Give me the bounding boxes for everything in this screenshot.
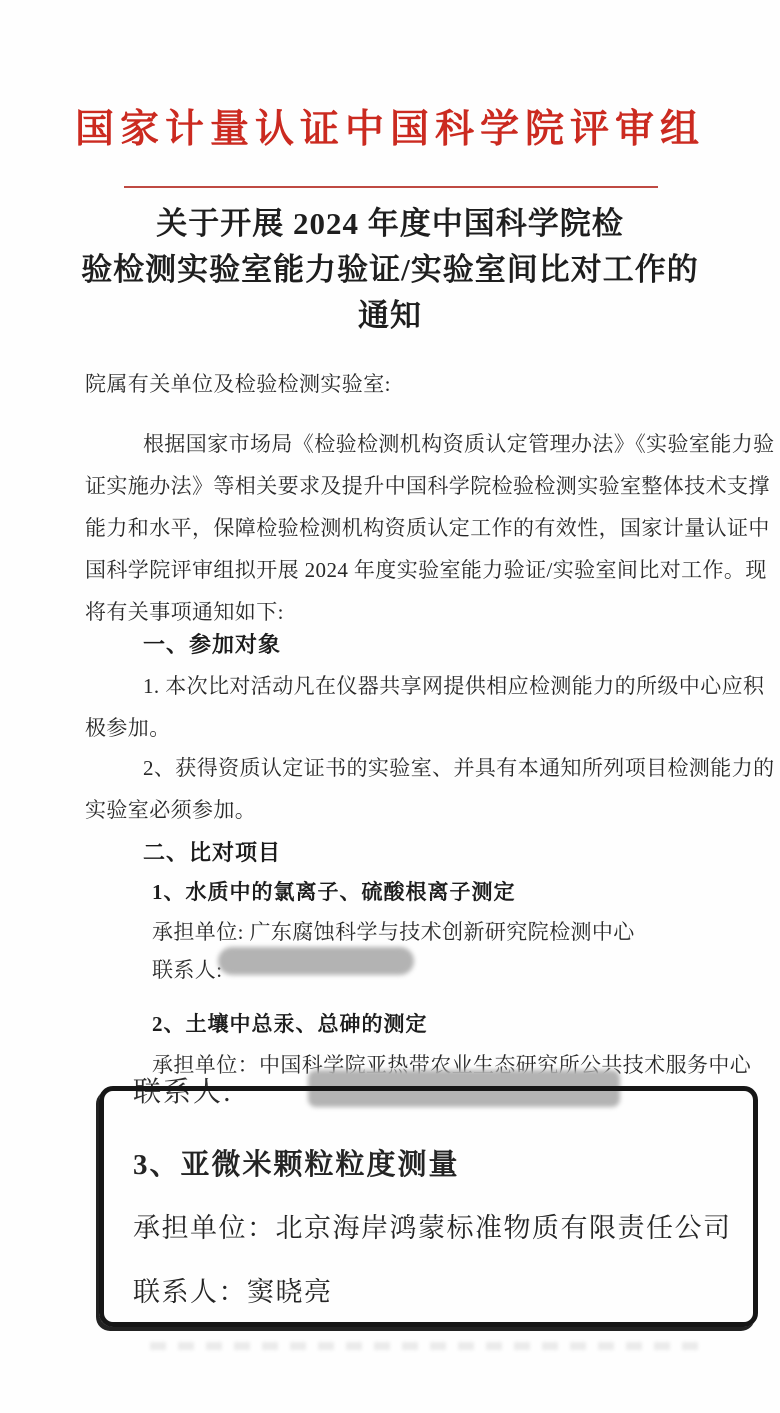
- scan-bleedthrough-artifact: [150, 1342, 710, 1350]
- section-2-heading: 二、比对项目: [143, 836, 281, 867]
- section-1-item-2-line: 实验室必须参加。: [85, 794, 256, 824]
- section-1-heading: 一、参加对象: [143, 628, 281, 659]
- intro-paragraph-line: 国科学院评审组拟开展 2024 年度实验室能力验证/实验室间比对工作。现: [85, 554, 767, 584]
- project-1-redacted-contact-name: [218, 947, 414, 975]
- salutation: 院属有关单位及检验检测实验室:: [85, 368, 391, 398]
- section-1-item-1-line: 极参加。: [85, 712, 171, 742]
- intro-paragraph-line: 根据国家市场局《检验检测机构资质认定管理办法》《实验室能力验: [143, 428, 775, 458]
- project-1-undertaker: 承担单位: 广东腐蚀科学与技术创新研究院检测中心: [152, 916, 635, 946]
- section-1-item-2-line: 2、获得资质认定证书的实验室、并具有本通知所列项目检测能力的: [143, 752, 775, 782]
- letterhead-divider: [124, 186, 658, 188]
- project-3-contact: 联系人：窦晓亮: [133, 1270, 333, 1309]
- letterhead-title: 国家计量认证中国科学院评审组: [0, 98, 780, 154]
- document-title-line-3: 通知: [0, 290, 780, 335]
- notice-document-page: 国家计量认证中国科学院评审组 关于开展 2024 年度中国科学院检 验检测实验室…: [0, 0, 780, 1413]
- intro-paragraph-line: 能力和水平，保障检验检测机构资质认定工作的有效性，国家计量认证中: [85, 512, 770, 542]
- project-1-title: 1、水质中的氯离子、硫酸根离子测定: [152, 876, 516, 906]
- intro-paragraph-line: 证实施办法》等相关要求及提升中国科学院检验检测实验室整体技术支撑: [85, 470, 770, 500]
- project-3-title: 3、亚微米颗粒粒度测量: [133, 1142, 460, 1183]
- project-3-undertaker: 承担单位：北京海岸鸿蒙标准物质有限责任公司: [133, 1206, 732, 1245]
- project-1-contact-label: 联系人:: [152, 954, 222, 984]
- document-title-line-1: 关于开展 2024 年度中国科学院检: [0, 198, 780, 243]
- project-2-title: 2、土壤中总汞、总砷的测定: [152, 1008, 428, 1038]
- intro-paragraph-line: 将有关事项通知如下:: [85, 596, 284, 626]
- section-1-item-1-line: 1. 本次比对活动凡在仪器共享网提供相应检测能力的所级中心应积: [143, 670, 764, 700]
- document-title-line-2: 验检测实验室能力验证/实验室间比对工作的: [0, 244, 780, 289]
